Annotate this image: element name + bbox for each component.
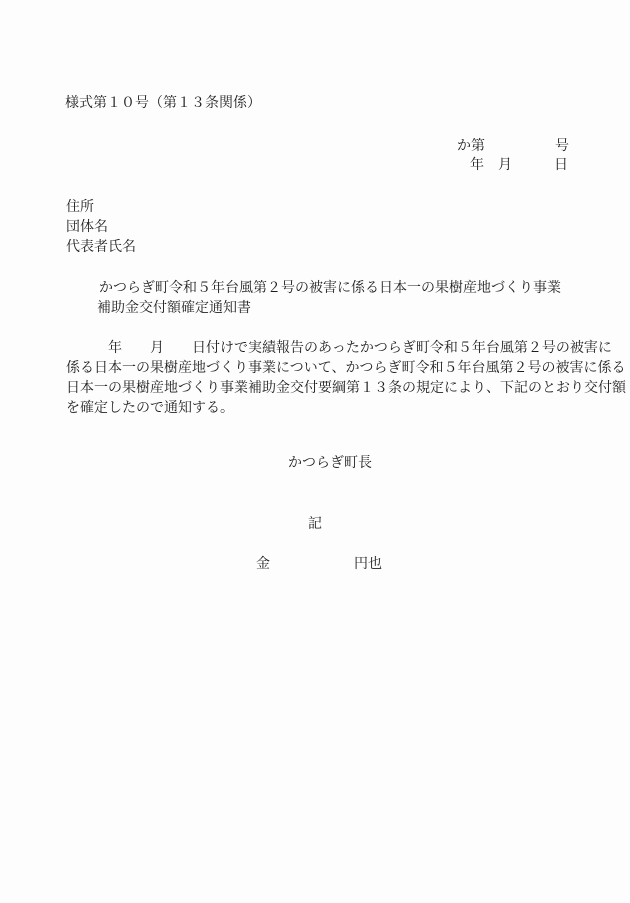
- document-number-line: か第 号: [457, 139, 569, 155]
- body-paragraph-line4: を確定したので通知する。: [66, 401, 234, 417]
- document-title-line2: 補助金交付額確定通知書: [97, 301, 251, 317]
- section-marker-ki: 記: [308, 517, 322, 533]
- document-date-line: 年 月 日: [470, 158, 568, 174]
- form-number-label: 様式第１０号（第１３条関係）: [65, 96, 261, 112]
- recipient-organization-label: 団体名: [66, 220, 108, 236]
- body-paragraph-line3: 日本一の果樹産地づくり事業補助金交付要綱第１３条の規定により、下記のとおり交付額: [66, 381, 626, 397]
- body-paragraph-line2: 係る日本一の果樹産地づくり事業について、かつらぎ町令和５年台風第２号の被害に係る: [66, 361, 625, 377]
- recipient-address-label: 住所: [66, 200, 94, 216]
- recipient-representative-label: 代表者氏名: [66, 240, 136, 256]
- body-paragraph-line1: 年 月 日付けで実績報告のあったかつらぎ町令和５年台風第２号の被害に: [66, 341, 612, 357]
- document-page: 様式第１０号（第１３条関係） か第 号 年 月 日 住所 団体名 代表者氏名 か…: [0, 0, 630, 903]
- amount-line: 金 円也: [256, 557, 382, 573]
- document-title-line1: かつらぎ町令和５年台風第２号の被害に係る日本一の果樹産地づくり事業: [99, 281, 561, 297]
- sender-title: かつらぎ町長: [288, 456, 372, 472]
